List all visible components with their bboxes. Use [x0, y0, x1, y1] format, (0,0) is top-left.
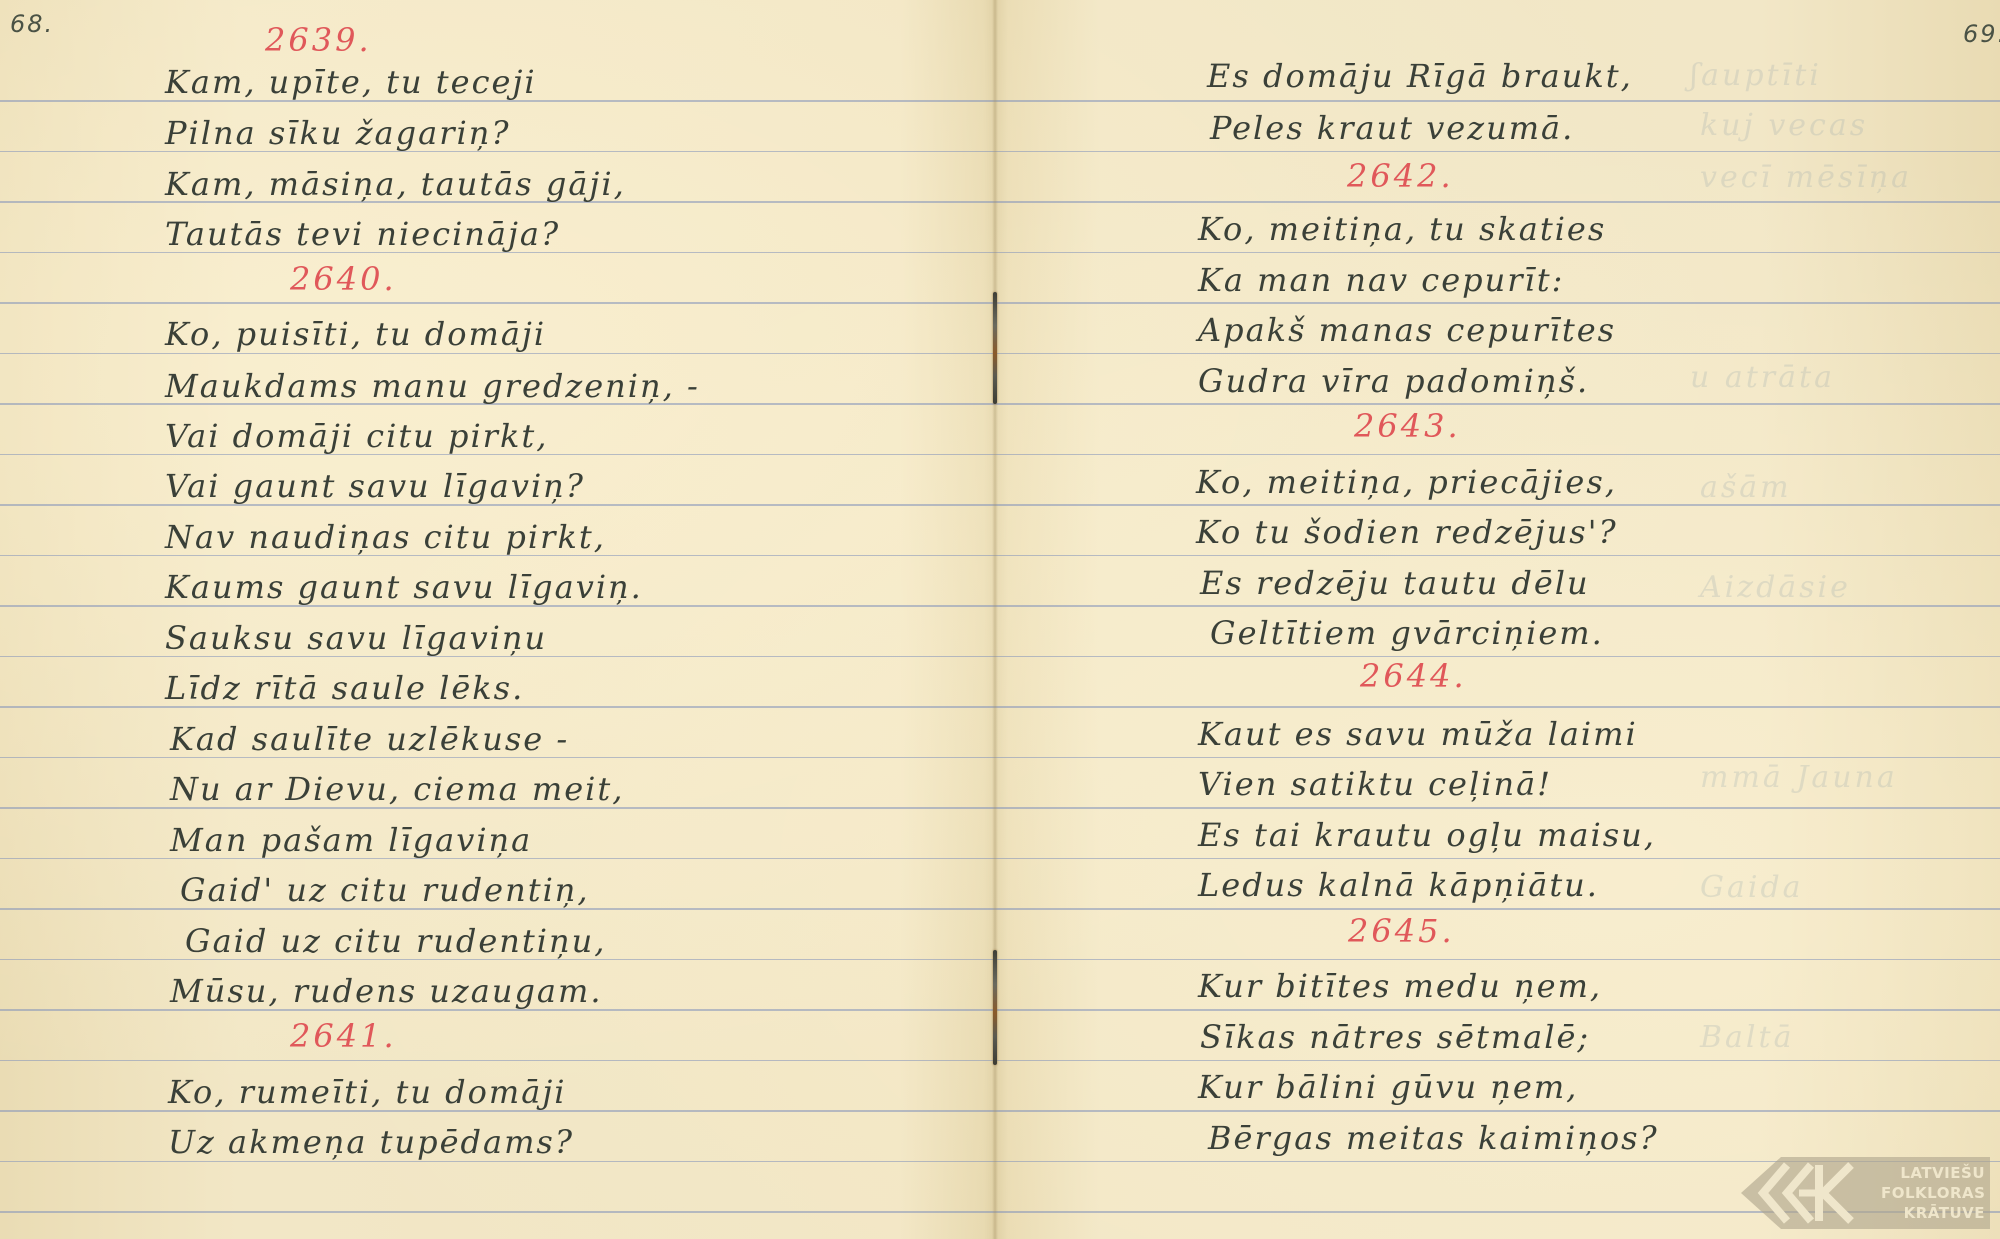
verse-line: Līdz rītā saule lēks.	[165, 672, 524, 704]
page-number-right: 69.	[1963, 20, 2000, 48]
entry-number: 2644.	[1360, 660, 1467, 692]
verse-line: Bērgas meitas kaimiņos?	[1208, 1122, 1659, 1154]
entry-number: 2645.	[1348, 915, 1455, 947]
verse-line: Kam, māsiņa, tautās gāji,	[165, 168, 626, 200]
verse-line: Kaums gaunt savu līgaviņ.	[165, 571, 643, 603]
verse-line: Apakš manas cepurītes	[1198, 314, 1616, 346]
verse-line: Pilna sīku žagariņ?	[165, 117, 510, 149]
verse-line: Uz akmeņa tupēdams?	[168, 1126, 574, 1158]
ruled-line	[0, 302, 2000, 304]
verse-line: Ko, puisīti, tu domāji	[165, 318, 546, 350]
staple-bottom	[993, 950, 997, 1065]
entry-number: 2643.	[1354, 410, 1461, 442]
verse-line: Es domāju Rīgā braukt,	[1207, 60, 1633, 92]
verse-line: Vai gaunt savu līgaviņ?	[165, 470, 585, 502]
ruled-line	[0, 1211, 2000, 1213]
verse-line: Maukdams manu gredzeniņ, -	[165, 370, 700, 402]
verse-line: Mūsu, rudens uzaugam.	[170, 975, 603, 1007]
verse-line: Peles kraut vezumā.	[1210, 112, 1574, 144]
entry-number: 2639.	[265, 24, 372, 56]
verse-line: Tautās tevi niecināja?	[165, 218, 560, 250]
logo-line: FOLKLORAS	[1881, 1183, 1985, 1203]
verse-line: Ko tu šodien redzējus'?	[1196, 516, 1618, 548]
verse-line: Geltītiem gvārciņiem.	[1210, 617, 1604, 649]
verse-line: Man pašam līgaviņa	[170, 824, 532, 856]
verse-line: Sīkas nātres sētmalē;	[1200, 1021, 1590, 1053]
verse-line: Ko, rumeīti, tu domāji	[168, 1076, 566, 1108]
entry-number: 2642.	[1347, 160, 1454, 192]
ruled-line	[0, 1060, 2000, 1062]
verse-line: Ko, meitiņa, priecājies,	[1196, 466, 1617, 498]
lfk-logo-text: LATVIEŠU FOLKLORAS KRĀTUVE	[1881, 1163, 1985, 1223]
verse-line: Nu ar Dievu, ciema meit,	[170, 773, 624, 805]
verse-line: Gaid' uz citu rudentiņ,	[180, 874, 590, 906]
verse-line: Ko, meitiņa, tu skaties	[1198, 213, 1606, 245]
entry-number: 2640.	[290, 263, 397, 295]
verse-line: Kaut es savu mūža laimi	[1198, 718, 1638, 750]
verse-line: Vai domāji citu pirkt,	[165, 420, 548, 452]
verse-line: Es tai krautu ogļu maisu,	[1198, 819, 1656, 851]
verse-line: Kad saulīte uzlēkuse -	[170, 723, 569, 755]
logo-line: LATVIEŠU	[1881, 1163, 1985, 1183]
verse-line: Kam, upīte, tu teceji	[165, 66, 537, 98]
verse-line: Nav naudiņas citu pirkt,	[165, 521, 606, 553]
verse-line: Gaid uz citu rudentiņu,	[185, 925, 606, 957]
staple-top	[993, 292, 997, 404]
verse-line: Vien satiktu ceļinā!	[1198, 768, 1552, 800]
verse-line: Es redzēju tautu dēlu	[1200, 567, 1590, 599]
lfk-watermark-logo: LATVIEŠU FOLKLORAS KRĀTUVE	[1741, 1157, 1990, 1229]
verse-line: Kur bitītes medu ņem,	[1198, 970, 1602, 1002]
verse-line: Kur bālini gūvu ņem,	[1198, 1071, 1578, 1103]
notebook-spread: ʃauptīti kuj vecas vecī mēsīņa u atrāta …	[0, 0, 2000, 1239]
verse-line: Ka man nav cepurīt:	[1198, 264, 1564, 296]
verse-line: Sauksu savu līgaviņu	[165, 622, 547, 654]
logo-line: KRĀTUVE	[1881, 1203, 1985, 1223]
verse-line: Gudra vīra padomiņš.	[1198, 365, 1589, 397]
verse-line: Ledus kalnā kāpņiātu.	[1198, 869, 1599, 901]
page-number-left: 68.	[10, 10, 54, 38]
entry-number: 2641.	[290, 1020, 397, 1052]
